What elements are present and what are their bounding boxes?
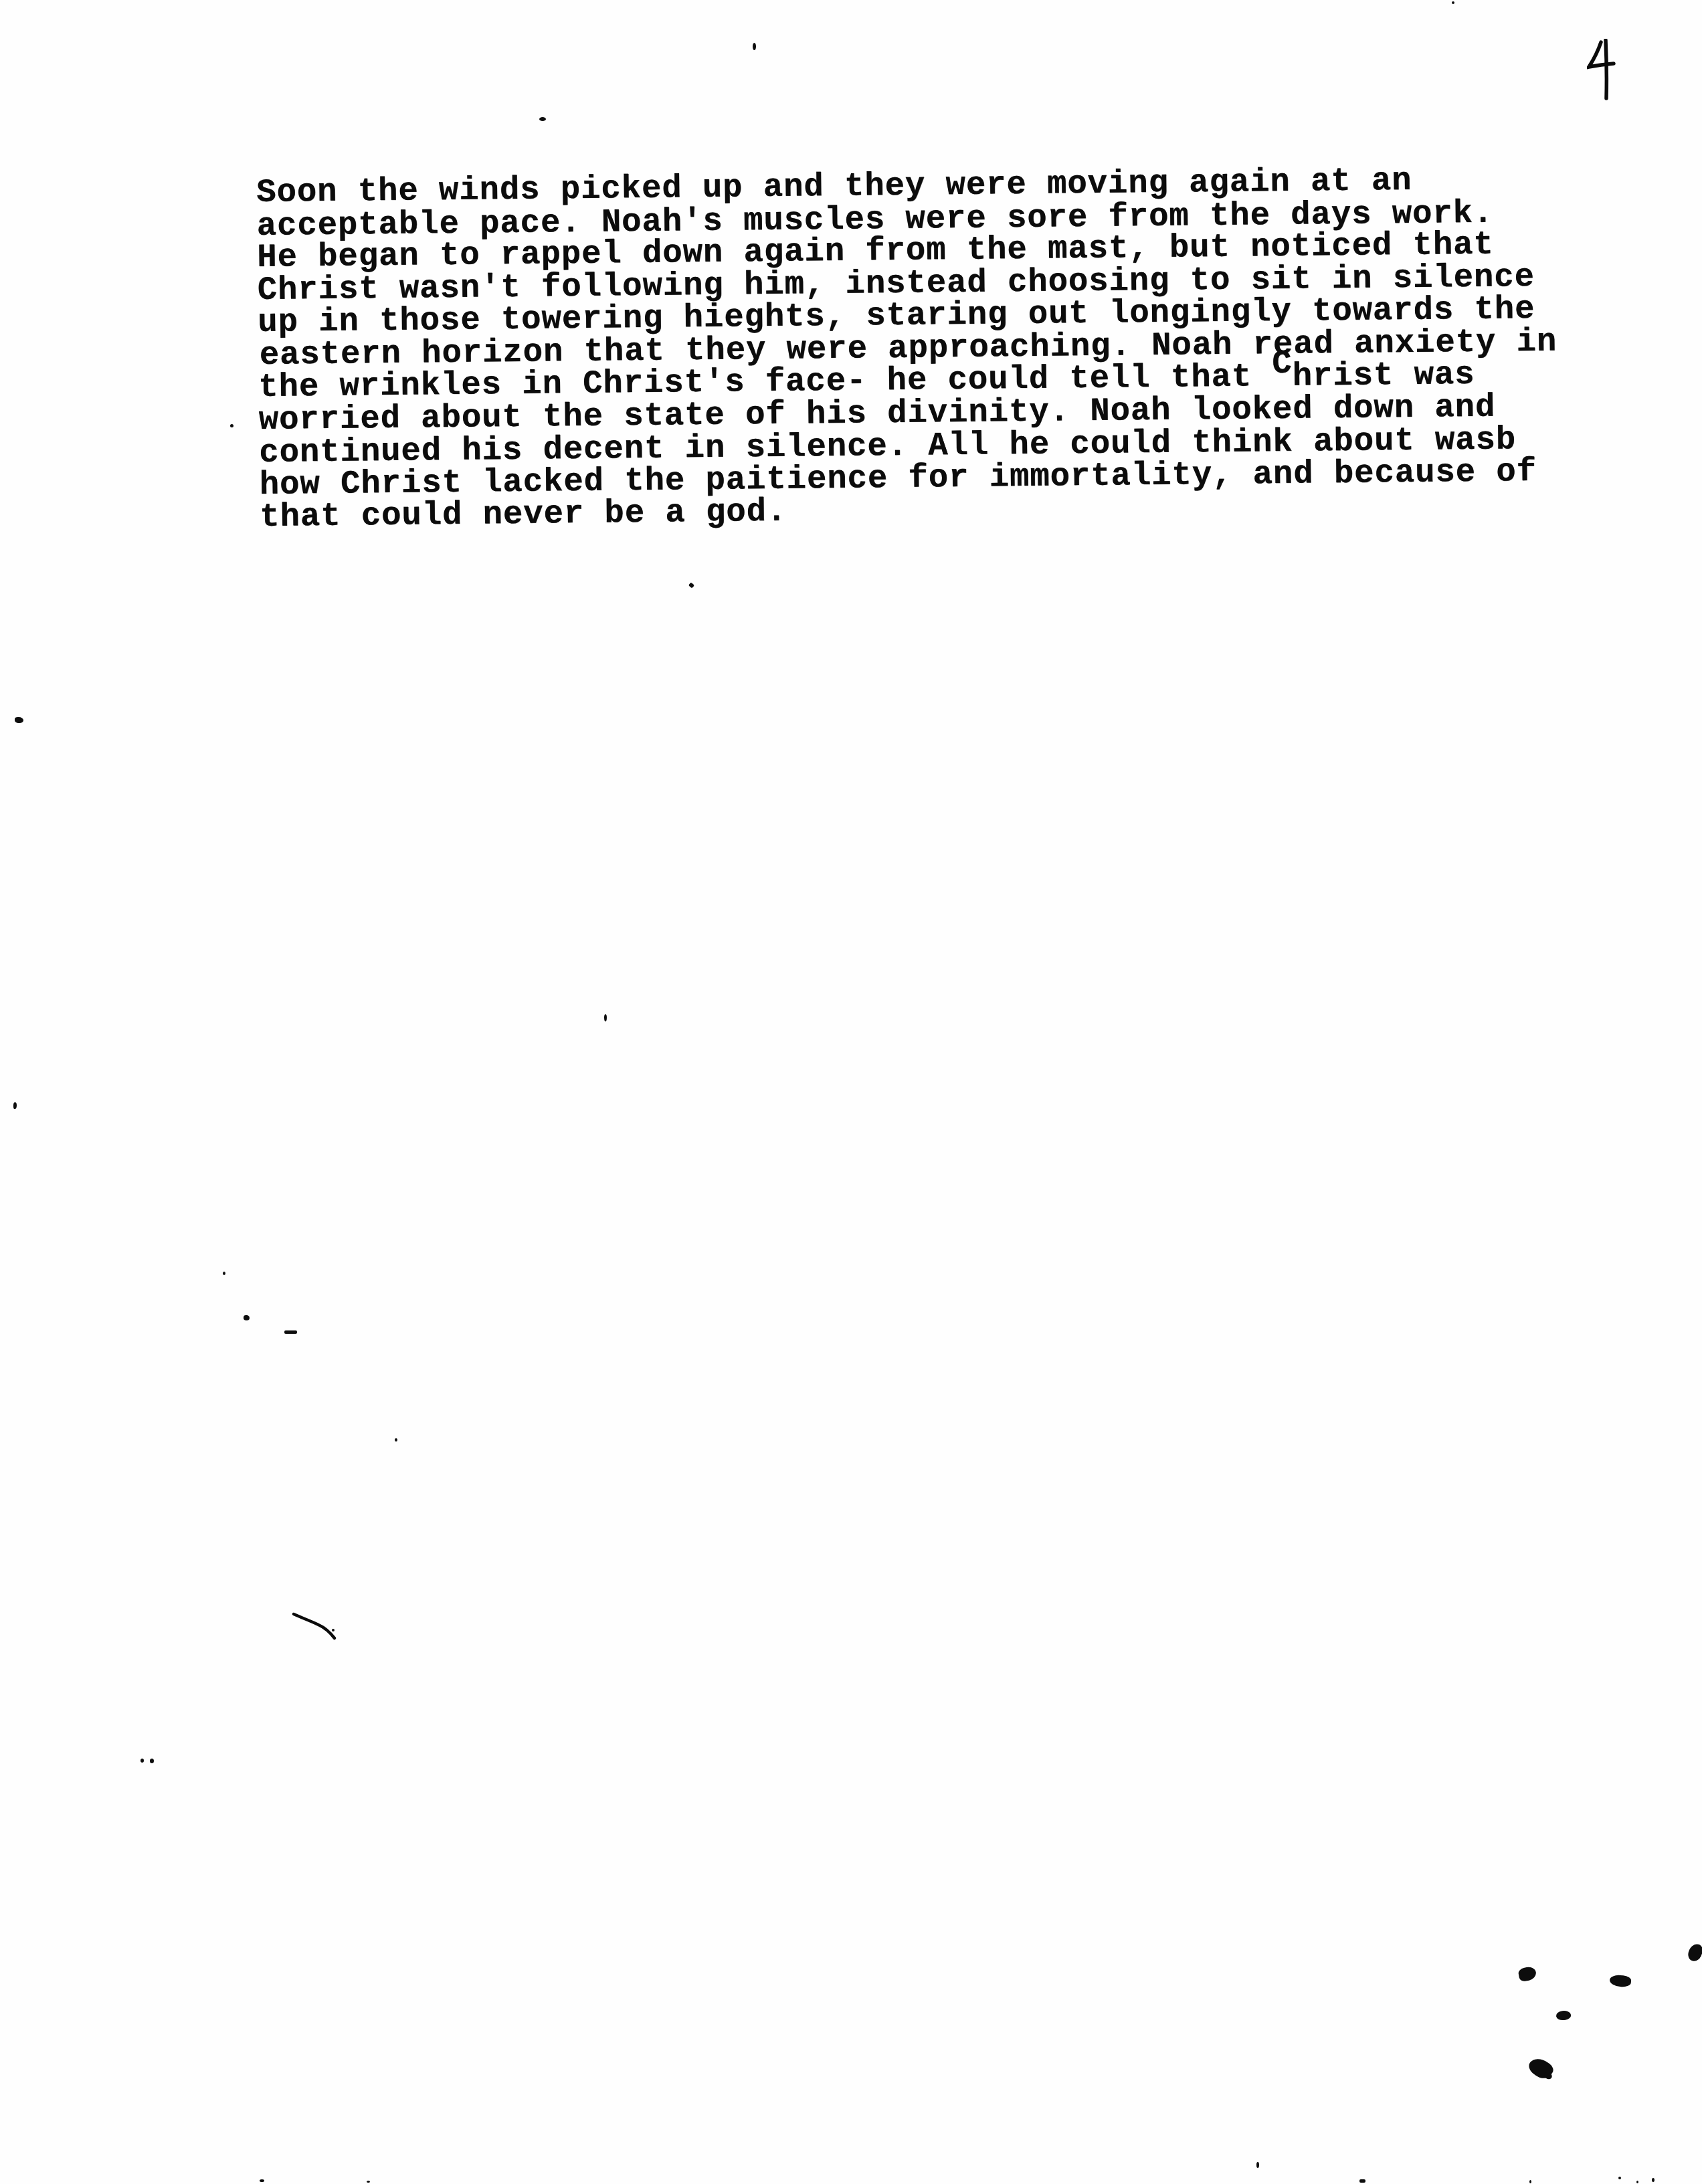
- ink-speck: [140, 1759, 144, 1763]
- ink-speck: [150, 1759, 154, 1763]
- ink-speck: [367, 2181, 370, 2183]
- ink-blob: [1555, 2010, 1572, 2021]
- ink-speck: [1452, 1, 1454, 4]
- typewritten-paragraph: Soon the winds picked up and they were m…: [256, 163, 1591, 533]
- ink-speck: [395, 1438, 397, 1442]
- ink-blob: [1609, 1975, 1631, 1988]
- ink-speck: [230, 424, 233, 427]
- pen-stroke-mark: [292, 1609, 340, 1643]
- ink-speck: [260, 2179, 264, 2182]
- scanned-page: Soon the winds picked up and they were m…: [0, 0, 1702, 2184]
- handwritten-page-number: [1587, 39, 1618, 102]
- ink-speck: [753, 43, 756, 50]
- raised-overstruck-letter: C: [1272, 345, 1293, 383]
- ink-speck: [604, 1014, 607, 1021]
- ink-speck: [688, 582, 694, 588]
- ink-speck: [15, 717, 23, 723]
- ink-dash: [284, 1330, 297, 1334]
- handwritten-4-icon: [1587, 39, 1618, 102]
- ink-speck: [223, 1272, 225, 1275]
- ink-speck: [539, 117, 546, 121]
- ink-blob: [1517, 1966, 1537, 1982]
- ink-speck: [1618, 2177, 1621, 2179]
- ink-speck: [1652, 2178, 1654, 2182]
- ink-speck: [13, 1102, 17, 1109]
- ink-speck: [1529, 2180, 1531, 2183]
- ink-dash: [1359, 2179, 1365, 2183]
- ink-speck: [1636, 2181, 1638, 2183]
- ink-speck: [244, 1315, 250, 1320]
- curved-stroke-icon: [292, 1609, 340, 1643]
- ink-blob: [1687, 1943, 1702, 1963]
- ink-speck: [1256, 2162, 1259, 2168]
